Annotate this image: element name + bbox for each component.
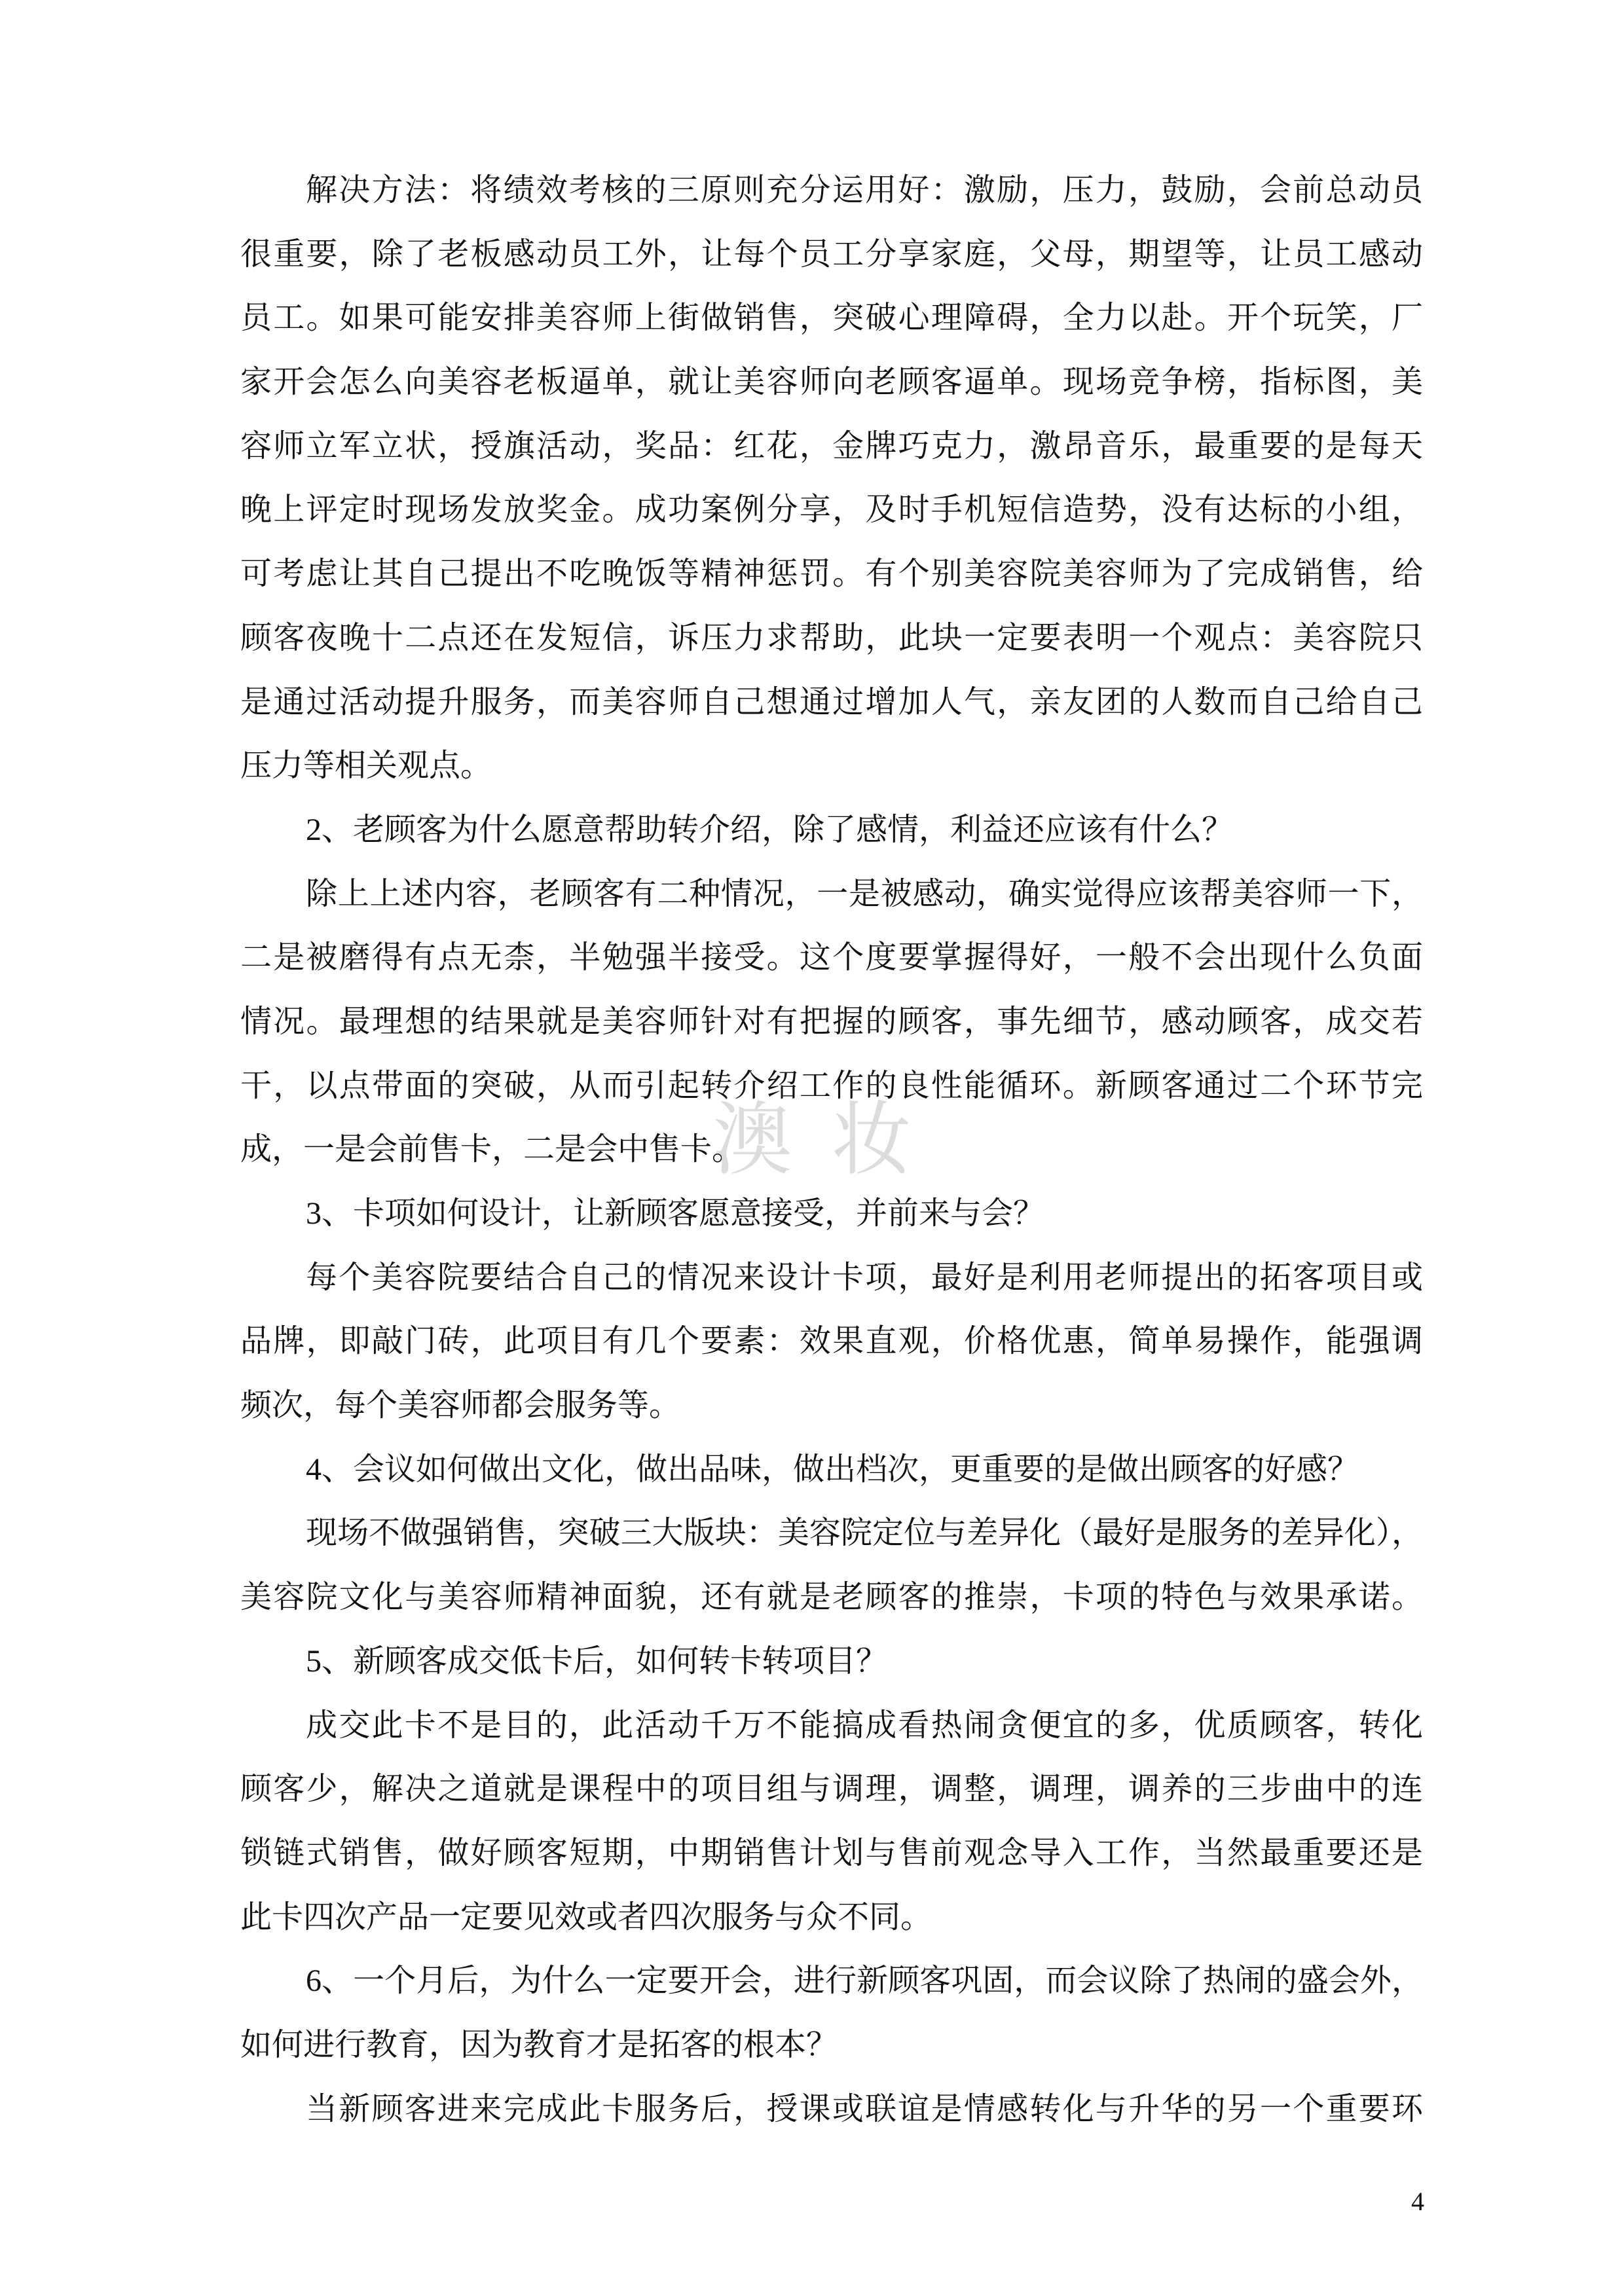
paragraph-line: 很重要，除了老板感动员工外，让每个员工分享家庭，父母，期望等，让员工感动	[240, 223, 1423, 287]
section-heading-line: 6、一个月后，为什么一定要开会，进行新顾客巩固，而会议除了热闹的盛会外，	[240, 1949, 1423, 2013]
body-text: 解决方法：将绩效考核的三原则充分运用好：激励，压力，鼓励，会前总动员很重要，除了…	[240, 158, 1423, 2141]
paragraph-line: 可考虑让其自己提出不吃晚饭等精神惩罚。有个别美容院美容师为了完成销售，给	[240, 542, 1423, 606]
paragraph-line: 容师立军立状，授旗活动，奖品：红花，金牌巧克力，激昂音乐，最重要的是每天	[240, 414, 1423, 479]
section-heading-line: 3、卡项如何设计，让新顾客愿意接受，并前来与会？	[240, 1182, 1423, 1246]
paragraph-line: 现场不做强销售，突破三大版块：美容院定位与差异化（最好是服务的差异化），	[240, 1501, 1423, 1565]
section-heading-line: 4、会议如何做出文化，做出品味，做出档次，更重要的是做出顾客的好感？	[240, 1438, 1423, 1502]
paragraph-line: 干，以点带面的突破，从而引起转介绍工作的良性能循环。新顾客通过二个环节完	[240, 1054, 1423, 1118]
paragraph-line: 家开会怎么向美容老板逼单，就让美容师向老顾客逼单。现场竞争榜，指标图，美	[240, 350, 1423, 414]
paragraph-line: 晚上评定时现场发放奖金。成功案例分享，及时手机短信造势，没有达标的小组，	[240, 478, 1423, 542]
paragraph-line: 成交此卡不是目的，此活动千万不能搞成看热闹贪便宜的多，优质顾客，转化	[240, 1694, 1423, 1758]
section-heading-line: 5、新顾客成交低卡后，如何转卡转项目？	[240, 1630, 1423, 1694]
paragraph-line: 此卡四次产品一定要见效或者四次服务与众不同。	[240, 1886, 1423, 1950]
paragraph-line: 是通过活动提升服务，而美容师自己想通过增加人气，亲友团的人数而自己给自己	[240, 670, 1423, 735]
paragraph-line: 员工。如果可能安排美容师上街做销售，突破心理障碍，全力以赴。开个玩笑，厂	[240, 286, 1423, 350]
paragraph-line: 顾客少，解决之道就是课程中的项目组与调理，调整，调理，调养的三步曲中的连	[240, 1757, 1423, 1821]
paragraph-line: 成，一是会前售卡，二是会中售卡。	[240, 1118, 1423, 1182]
paragraph-line: 解决方法：将绩效考核的三原则充分运用好：激励，压力，鼓励，会前总动员	[240, 158, 1423, 223]
document-page: 解决方法：将绩效考核的三原则充分运用好：激励，压力，鼓励，会前总动员很重要，除了…	[0, 0, 1624, 2296]
paragraph-line: 品牌，即敲门砖，此项目有几个要素：效果直观，价格优惠，简单易操作，能强调	[240, 1309, 1423, 1374]
section-heading-line: 如何进行教育，因为教育才是拓客的根本？	[240, 2013, 1423, 2077]
paragraph-line: 频次，每个美容师都会服务等。	[240, 1374, 1423, 1438]
paragraph-line: 每个美容院要结合自己的情况来设计卡项，最好是利用老师提出的拓客项目或	[240, 1246, 1423, 1310]
paragraph-line: 除上上述内容，老顾客有二种情况，一是被感动，确实觉得应该帮美容师一下，	[240, 862, 1423, 926]
paragraph-line: 顾客夜晚十二点还在发短信，诉压力求帮助，此块一定要表明一个观点：美容院只	[240, 606, 1423, 670]
paragraph-line: 压力等相关观点。	[240, 734, 1423, 798]
paragraph-line: 当新顾客进来完成此卡服务后，授课或联谊是情感转化与升华的另一个重要环	[240, 2077, 1423, 2141]
section-heading-line: 2、老顾客为什么愿意帮助转介绍，除了感情，利益还应该有什么？	[240, 798, 1423, 862]
paragraph-line: 情况。最理想的结果就是美容师针对有把握的顾客，事先细节，感动顾客，成交若	[240, 990, 1423, 1054]
paragraph-line: 美容院文化与美容师精神面貌，还有就是老顾客的推崇，卡项的特色与效果承诺。	[240, 1565, 1423, 1630]
paragraph-line: 锁链式销售，做好顾客短期，中期销售计划与售前观念导入工作，当然最重要还是	[240, 1821, 1423, 1886]
page-number: 4	[1411, 2189, 1424, 2215]
paragraph-line: 二是被磨得有点无柰，半勉强半接受。这个度要掌握得好，一般不会出现什么负面	[240, 926, 1423, 990]
